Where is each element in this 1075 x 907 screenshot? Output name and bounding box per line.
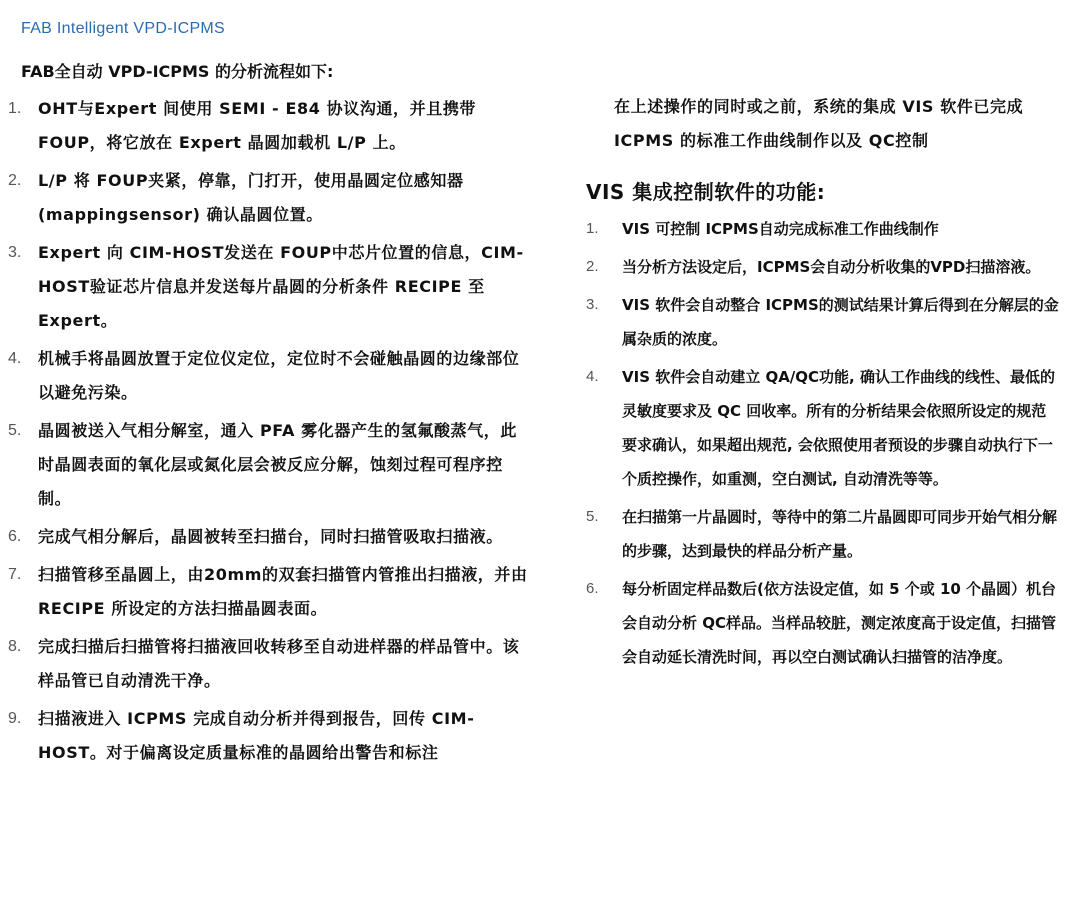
step-text: 完成气相分解后，晶圆被转至扫描台，同时扫描管吸取扫描液。 xyxy=(38,520,528,554)
feature-number: 6. xyxy=(586,572,622,674)
list-item: 7.扫描管移至晶圆上，由20mm的双套扫描管内管推出扫描液，并由 RECIPE … xyxy=(8,558,528,626)
feature-text: 在扫描第一片晶圆时，等待中的第二片晶圆即可同步开始气相分解的步骤，达到最快的样品… xyxy=(622,500,1061,568)
list-item: 6.每分析固定样品数后(依方法设定值，如 5 个或 10 个晶圆）机台会自动分析… xyxy=(586,572,1061,674)
step-number: 8. xyxy=(8,630,38,698)
list-item: 6.完成气相分解后，晶圆被转至扫描台，同时扫描管吸取扫描液。 xyxy=(8,520,528,554)
feature-text: VIS 软件会自动建立 QA/QC功能, 确认工作曲线的线性、最低的灵敏度要求及… xyxy=(622,360,1061,496)
list-item: 4.VIS 软件会自动建立 QA/QC功能, 确认工作曲线的线性、最低的灵敏度要… xyxy=(586,360,1061,496)
list-item: 5.在扫描第一片晶圆时，等待中的第二片晶圆即可同步开始气相分解的步骤，达到最快的… xyxy=(586,500,1061,568)
right-intro-paragraph: 在上述操作的同时或之前，系统的集成 VIS 软件已完成 ICPMS 的标准工作曲… xyxy=(614,90,1059,158)
vis-features-list: 1.VIS 可控制 ICPMS自动完成标准工作曲线制作 2.当分析方法设定后，I… xyxy=(586,212,1061,678)
list-item: 3.VIS 软件会自动整合 ICPMS的测试结果计算后得到在分解层的金属杂质的浓… xyxy=(586,288,1061,356)
step-text: 机械手将晶圆放置于定位仪定位，定位时不会碰触晶圆的边缘部位以避免污染。 xyxy=(38,342,528,410)
list-item: 8.完成扫描后扫描管将扫描液回收转移至自动进样器的样品管中。该样品管已自动清洗干… xyxy=(8,630,528,698)
feature-text: 当分析方法设定后，ICPMS会自动分析收集的VPD扫描溶液。 xyxy=(622,250,1061,284)
step-text: 完成扫描后扫描管将扫描液回收转移至自动进样器的样品管中。该样品管已自动清洗干净。 xyxy=(38,630,528,698)
feature-number: 4. xyxy=(586,360,622,496)
step-number: 1. xyxy=(8,92,38,160)
list-item: 2.L/P 将 FOUP夹紧，停靠，门打开，使用晶圆定位感知器(mappings… xyxy=(8,164,528,232)
step-text: 扫描液进入 ICPMS 完成自动分析并得到报告，回传 CIM-HOST。对于偏离… xyxy=(38,702,528,770)
step-text: 扫描管移至晶圆上，由20mm的双套扫描管内管推出扫描液，并由 RECIPE 所设… xyxy=(38,558,528,626)
list-item: 1.VIS 可控制 ICPMS自动完成标准工作曲线制作 xyxy=(586,212,1061,246)
step-text: OHT与Expert 间使用 SEMI - E84 协议沟通，并且携带 FOUP… xyxy=(38,92,528,160)
step-number: 5. xyxy=(8,414,38,516)
feature-text: 每分析固定样品数后(依方法设定值，如 5 个或 10 个晶圆）机台会自动分析 Q… xyxy=(622,572,1061,674)
step-text: L/P 将 FOUP夹紧，停靠，门打开，使用晶圆定位感知器(mappingsen… xyxy=(38,164,528,232)
intro-heading: FAB全自动 VPD-ICPMS 的分析流程如下: xyxy=(21,59,333,82)
step-number: 3. xyxy=(8,236,38,338)
step-number: 2. xyxy=(8,164,38,232)
step-number: 9. xyxy=(8,702,38,770)
list-item: 3.Expert 向 CIM-HOST发送在 FOUP中芯片位置的信息，CIM-… xyxy=(8,236,528,338)
step-number: 7. xyxy=(8,558,38,626)
list-item: 9.扫描液进入 ICPMS 完成自动分析并得到报告，回传 CIM-HOST。对于… xyxy=(8,702,528,770)
feature-text: VIS 可控制 ICPMS自动完成标准工作曲线制作 xyxy=(622,212,1061,246)
step-number: 6. xyxy=(8,520,38,554)
feature-number: 5. xyxy=(586,500,622,568)
step-text: 晶圆被送入气相分解室，通入 PFA 雾化器产生的氢氟酸蒸气，此时晶圆表面的氧化层… xyxy=(38,414,528,516)
step-number: 4. xyxy=(8,342,38,410)
feature-text: VIS 软件会自动整合 ICPMS的测试结果计算后得到在分解层的金属杂质的浓度。 xyxy=(622,288,1061,356)
list-item: 5.晶圆被送入气相分解室，通入 PFA 雾化器产生的氢氟酸蒸气，此时晶圆表面的氧… xyxy=(8,414,528,516)
vis-features-heading: VIS 集成控制软件的功能: xyxy=(586,176,825,205)
list-item: 4.机械手将晶圆放置于定位仪定位，定位时不会碰触晶圆的边缘部位以避免污染。 xyxy=(8,342,528,410)
feature-number: 2. xyxy=(586,250,622,284)
process-steps-list: 1.OHT与Expert 间使用 SEMI - E84 协议沟通，并且携带 FO… xyxy=(8,92,528,774)
feature-number: 1. xyxy=(586,212,622,246)
step-text: Expert 向 CIM-HOST发送在 FOUP中芯片位置的信息，CIM-HO… xyxy=(38,236,528,338)
feature-number: 3. xyxy=(586,288,622,356)
document-title: FAB Intelligent VPD-ICPMS xyxy=(21,20,225,38)
list-item: 1.OHT与Expert 间使用 SEMI - E84 协议沟通，并且携带 FO… xyxy=(8,92,528,160)
list-item: 2.当分析方法设定后，ICPMS会自动分析收集的VPD扫描溶液。 xyxy=(586,250,1061,284)
